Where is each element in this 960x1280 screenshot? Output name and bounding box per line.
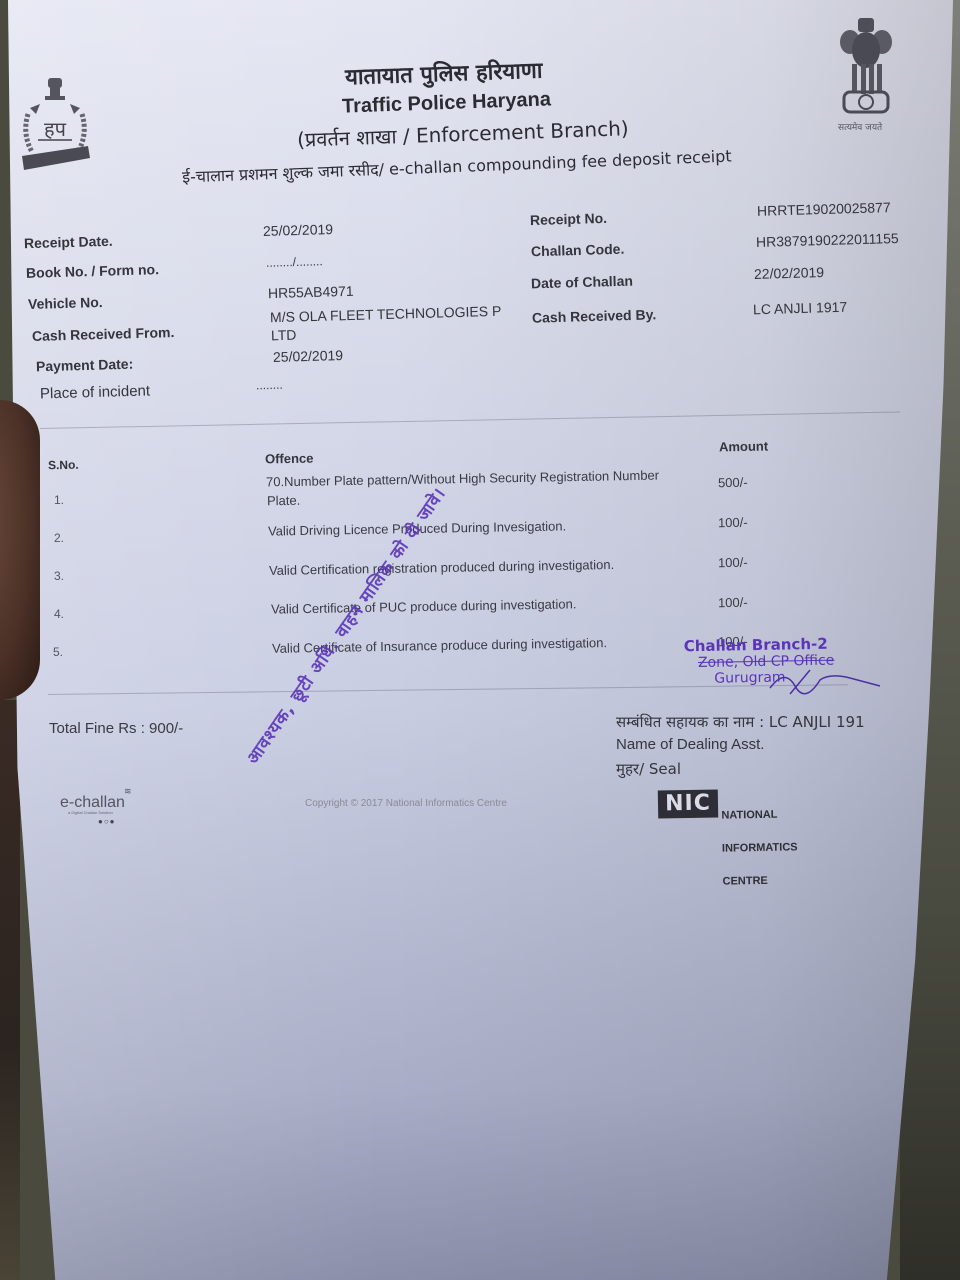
- cash-received-from-value-line2: LTD: [271, 327, 297, 344]
- vehicle-no-value: HR55AB4971: [268, 283, 354, 301]
- book-form-value: ......../........: [266, 254, 323, 270]
- receipt-no-value: HRRTE19020025877: [757, 199, 891, 219]
- dealing-assistant-name: सम्बंधित सहायक का नाम : LC ANJLI 191: [616, 712, 865, 732]
- col-header-sno: S.No.: [48, 458, 79, 473]
- cash-received-by-label: Cash Received By.: [532, 306, 657, 325]
- svg-text:हप: हप: [44, 117, 67, 141]
- row-sno: 2.: [54, 531, 64, 545]
- receipt-content: हप सत्यमेव जयते यातायात पुलिस हरियाणा Tr…: [0, 0, 960, 1280]
- emblem-motto: सत्यमेव जयते: [838, 120, 882, 133]
- ashoka-emblem-icon: सत्यमेव जयते: [836, 14, 896, 134]
- nic-logo-icon: NIC: [658, 789, 718, 818]
- vehicle-no-label: Vehicle No.: [28, 294, 103, 312]
- date-of-challan-value: 22/02/2019: [754, 264, 824, 282]
- receipt-no-label: Receipt No.: [530, 210, 607, 228]
- section-divider: [40, 411, 900, 429]
- copyright-text: Copyright © 2017 National Informatics Ce…: [305, 798, 507, 809]
- seal-label: मुहर/ Seal: [616, 759, 681, 779]
- date-of-challan-label: Date of Challan: [531, 273, 633, 292]
- branch-title: (प्रवर्तन शाखा / Enforcement Branch): [297, 114, 629, 153]
- dealing-assistant-label: Name of Dealing Asst.: [616, 736, 764, 753]
- place-of-incident-label: Place of incident: [40, 382, 151, 402]
- row-sno: 1.: [54, 493, 64, 507]
- payment-date-value: 25/02/2019: [273, 347, 343, 365]
- cash-received-from-value: M/S OLA FLEET TECHNOLOGIES P: [270, 303, 502, 325]
- signature-mark: [760, 658, 890, 698]
- row-amount: 500/-: [718, 475, 748, 491]
- row-amount: 100/-: [718, 555, 748, 571]
- row-offence: 70.Number Plate pattern/Without High Sec…: [266, 468, 659, 490]
- cash-received-from-label: Cash Received From.: [32, 324, 175, 344]
- row-offence-line2: Plate.: [267, 493, 301, 509]
- haryana-police-emblem-icon: हप: [18, 74, 92, 174]
- receipt-subtitle: ई-चालान प्रशमन शुल्क जमा रसीद/ e-challan…: [182, 144, 732, 187]
- row-sno: 5.: [53, 645, 63, 659]
- receipt-date-value: 25/02/2019: [263, 221, 333, 239]
- col-header-amount: Amount: [719, 439, 768, 455]
- payment-date-label: Payment Date:: [36, 356, 134, 375]
- nic-name: NATIONAL INFORMATICS CENTRE: [721, 787, 799, 909]
- echallan-logo: e-challan a Digital Challan Solution ●○●…: [60, 794, 125, 826]
- total-fine: Total Fine Rs : 900/-: [49, 720, 183, 737]
- challan-code-label: Challan Code.: [531, 241, 625, 260]
- row-offence: Valid Certificate of PUC produce during …: [271, 596, 577, 616]
- book-form-label: Book No. / Form no.: [26, 261, 159, 281]
- wifi-icon: ≋: [124, 786, 132, 797]
- place-of-incident-value: ........: [256, 378, 283, 393]
- col-header-offence: Offence: [265, 451, 314, 467]
- cash-received-by-value: LC ANJLI 1917: [753, 299, 848, 318]
- row-sno: 4.: [54, 607, 64, 621]
- receipt-date-label: Receipt Date.: [24, 233, 113, 251]
- row-sno: 3.: [54, 569, 64, 583]
- row-amount: 100/-: [718, 515, 748, 531]
- title-hindi: यातायात पुलिस हरियाणा: [345, 55, 543, 92]
- row-amount: 100/-: [718, 595, 748, 611]
- row-offence: Valid Certification registration produce…: [269, 557, 614, 578]
- challan-code-value: HR3879190222011155: [756, 230, 899, 250]
- page-title: Traffic Police Haryana: [342, 88, 552, 118]
